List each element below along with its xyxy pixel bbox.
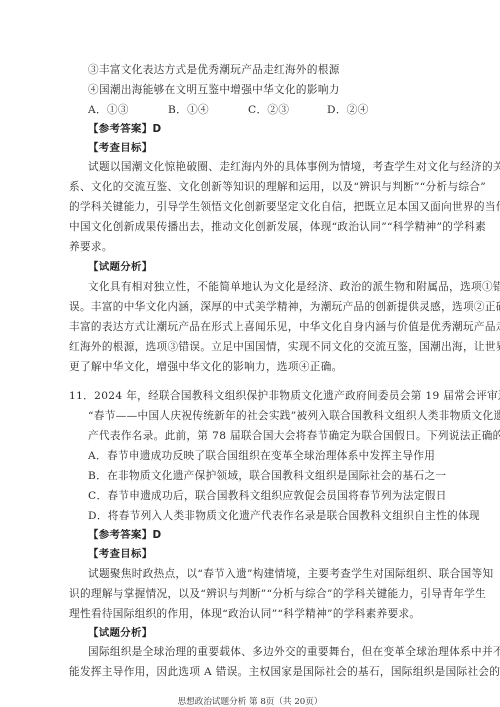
q11-answer: 【参考答案】D: [88, 528, 161, 542]
q11-option-c: C．春节申遗成功后，联合国教科文组织应敦促会员国将春节列为法定假日: [88, 489, 447, 503]
q10-target-heading: 【考查目标】: [88, 141, 152, 155]
q10-analysis-line-5: 更了解中华文化，增强中华文化的影响力，选项④正确。: [69, 360, 343, 374]
q11-stem-line-3: 产代表作名录。此前，第 78 届联合国大会将春节确定为联合国假日。下列说法正确的…: [88, 429, 500, 443]
q11-stem-line-1: 11．2024 年，经联合国教科文组织保护非物质文化遗产政府间委员会第 19 届…: [69, 389, 500, 403]
q11-target-line-2: 识的理解与掌握情况，以及“辨识与判断”“分析与综合”的学科关键能力，引导青年学生: [69, 587, 486, 601]
q11-stem-line-2: “春节——中国人庆祝传统新年的社会实践”被列入联合国教科文组织人类非物质文化遗: [88, 409, 500, 423]
q11-target-heading: 【考查目标】: [88, 547, 152, 561]
q10-statement-4: ④国潮出海能够在文明互鉴中增强中华文化的影响力: [88, 83, 340, 97]
q11-analysis-line-2: 能发挥主导作用，因此选项 A 错误。主权国家是国际社会的基石，国际组织是国际社会…: [69, 665, 500, 679]
q11-target-line-1: 试题聚焦时政热点，以“春节入遗”构建情境，主要考查学生对国际组织、联合国等知: [88, 567, 494, 581]
q11-option-d: D．将春节列入人类非物质文化遗产代表作名录是联合国教科文组织自主性的体现: [88, 509, 480, 523]
q10-target-line-2: 系、文化的交流互鉴、文化创新等知识的理解和运用，以及“辨识与判断”“分析与综合”: [69, 180, 486, 194]
q10-target-line-5: 养要求。: [69, 240, 113, 254]
q11-analysis-heading: 【试题分析】: [88, 626, 152, 640]
q10-option-a: A．①③: [88, 103, 129, 117]
q10-answer: 【参考答案】D: [88, 122, 161, 136]
q10-target-line-3: 的学科关键能力，引导学生领悟文化创新要坚定文化自信，把既立足本国又面向世界的当代: [69, 200, 500, 214]
page-footer: 思想政治试题分析 第 8页（共 20页）: [0, 695, 500, 707]
q11-analysis-line-1: 国际组织是全球治理的重要载体、多边外交的重要舞台，但在变革全球治理体系中并不: [88, 645, 500, 659]
q10-target-line-1: 试题以国潮文化惊艳破圈、走红海内外的具体事例为情境，考查学生对文化与经济的关: [88, 160, 500, 174]
q11-option-a: A．春节申遗成功反映了联合国组织在变革全球治理体系中发挥主导作用: [88, 449, 435, 463]
q10-analysis-line-2: 误。丰富的中华文化内涵，深厚的中式美学精神，为潮玩产品的创新提供灵感，选项②正确…: [69, 300, 500, 314]
q10-analysis-heading: 【试题分析】: [88, 260, 152, 274]
q10-analysis-line-1: 文化具有相对独立性，不能简单地认为文化是经济、政治的派生物和附属品，选项①错: [88, 280, 500, 294]
q11-target-line-3: 理性看待国际组织的作用，体现“政治认同”“科学精神”的学科素养要求。: [69, 607, 420, 621]
q10-option-d: D．②④: [327, 103, 369, 117]
q10-analysis-line-3: 丰富的表达方式让潮玩产品在形式上喜闻乐见，中华文化自身内涵与价值是优秀潮玩产品走: [69, 320, 500, 334]
q10-statement-3: ③丰富文化表达方式是优秀潮玩产品走红海外的根源: [88, 63, 340, 77]
q11-option-b: B．在非物质文化遗产保护领域，联合国教科文组织是国际社会的基石之一: [88, 469, 446, 483]
q10-target-line-4: 中国文化创新成果传播出去，推动文化创新发展，体现“政治认同”“科学精神”的学科素: [69, 220, 486, 234]
q10-analysis-line-4: 红海外的根源，选项③错误。立足中国国情，实现不同文化的交流互鉴，国潮出海，让世界: [69, 340, 500, 354]
q10-option-c: C．②③: [248, 103, 289, 117]
q10-option-b: B．①④: [168, 103, 209, 117]
